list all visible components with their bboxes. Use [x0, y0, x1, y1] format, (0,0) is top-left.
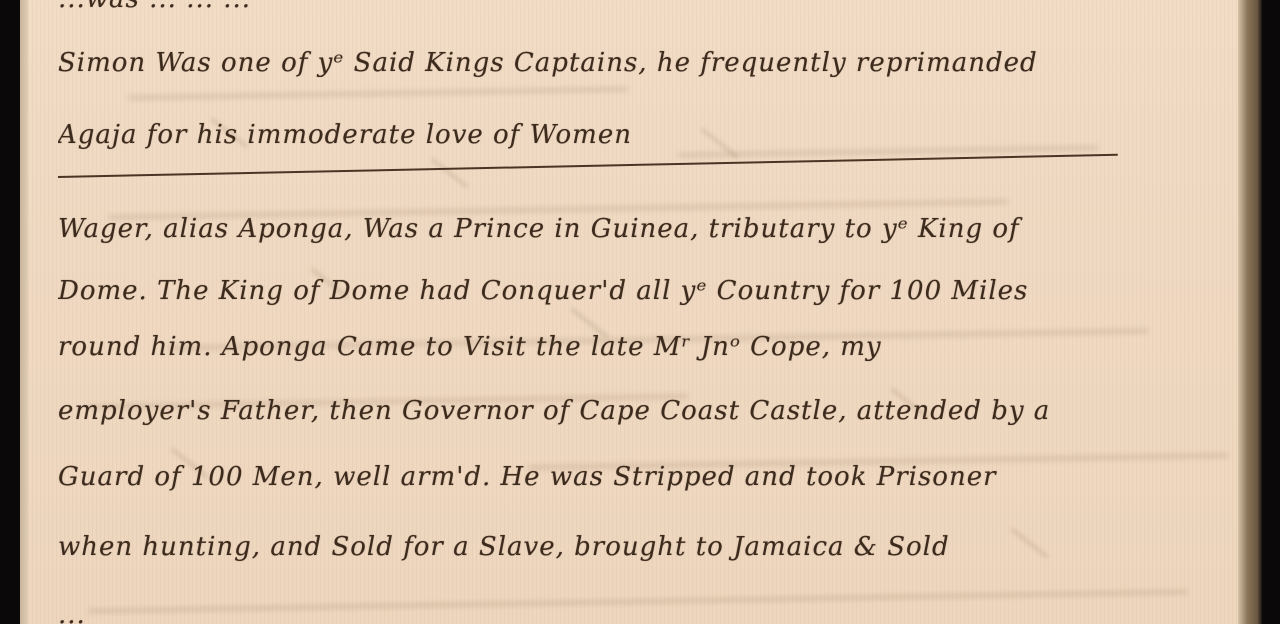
- manuscript-line: when hunting, and Sold for a Slave, brou…: [58, 532, 1220, 562]
- manuscript-page: [28, 0, 1242, 624]
- manuscript-line: Guard of 100 Men, well arm'd. He was Str…: [58, 462, 1220, 492]
- manuscript-line: ...: [58, 600, 1220, 624]
- manuscript-line: ...was ... ... ...: [58, 0, 1220, 14]
- manuscript-line: Wager, alias Aponga, Was a Prince in Gui…: [58, 214, 1220, 244]
- manuscript-line: employer's Father, then Governor of Cape…: [58, 396, 1220, 426]
- manuscript-line: Simon Was one of yᵉ Said Kings Captains,…: [58, 48, 1220, 78]
- manuscript-line: Dome. The King of Dome had Conquer'd all…: [58, 276, 1220, 306]
- manuscript-line: Agaja for his immoderate love of Women: [58, 120, 1220, 150]
- page-edge-right: [1238, 0, 1262, 624]
- manuscript-line: round him. Aponga Came to Visit the late…: [58, 332, 1220, 362]
- bleed-through: [128, 88, 628, 100]
- bleed-through: [430, 158, 468, 189]
